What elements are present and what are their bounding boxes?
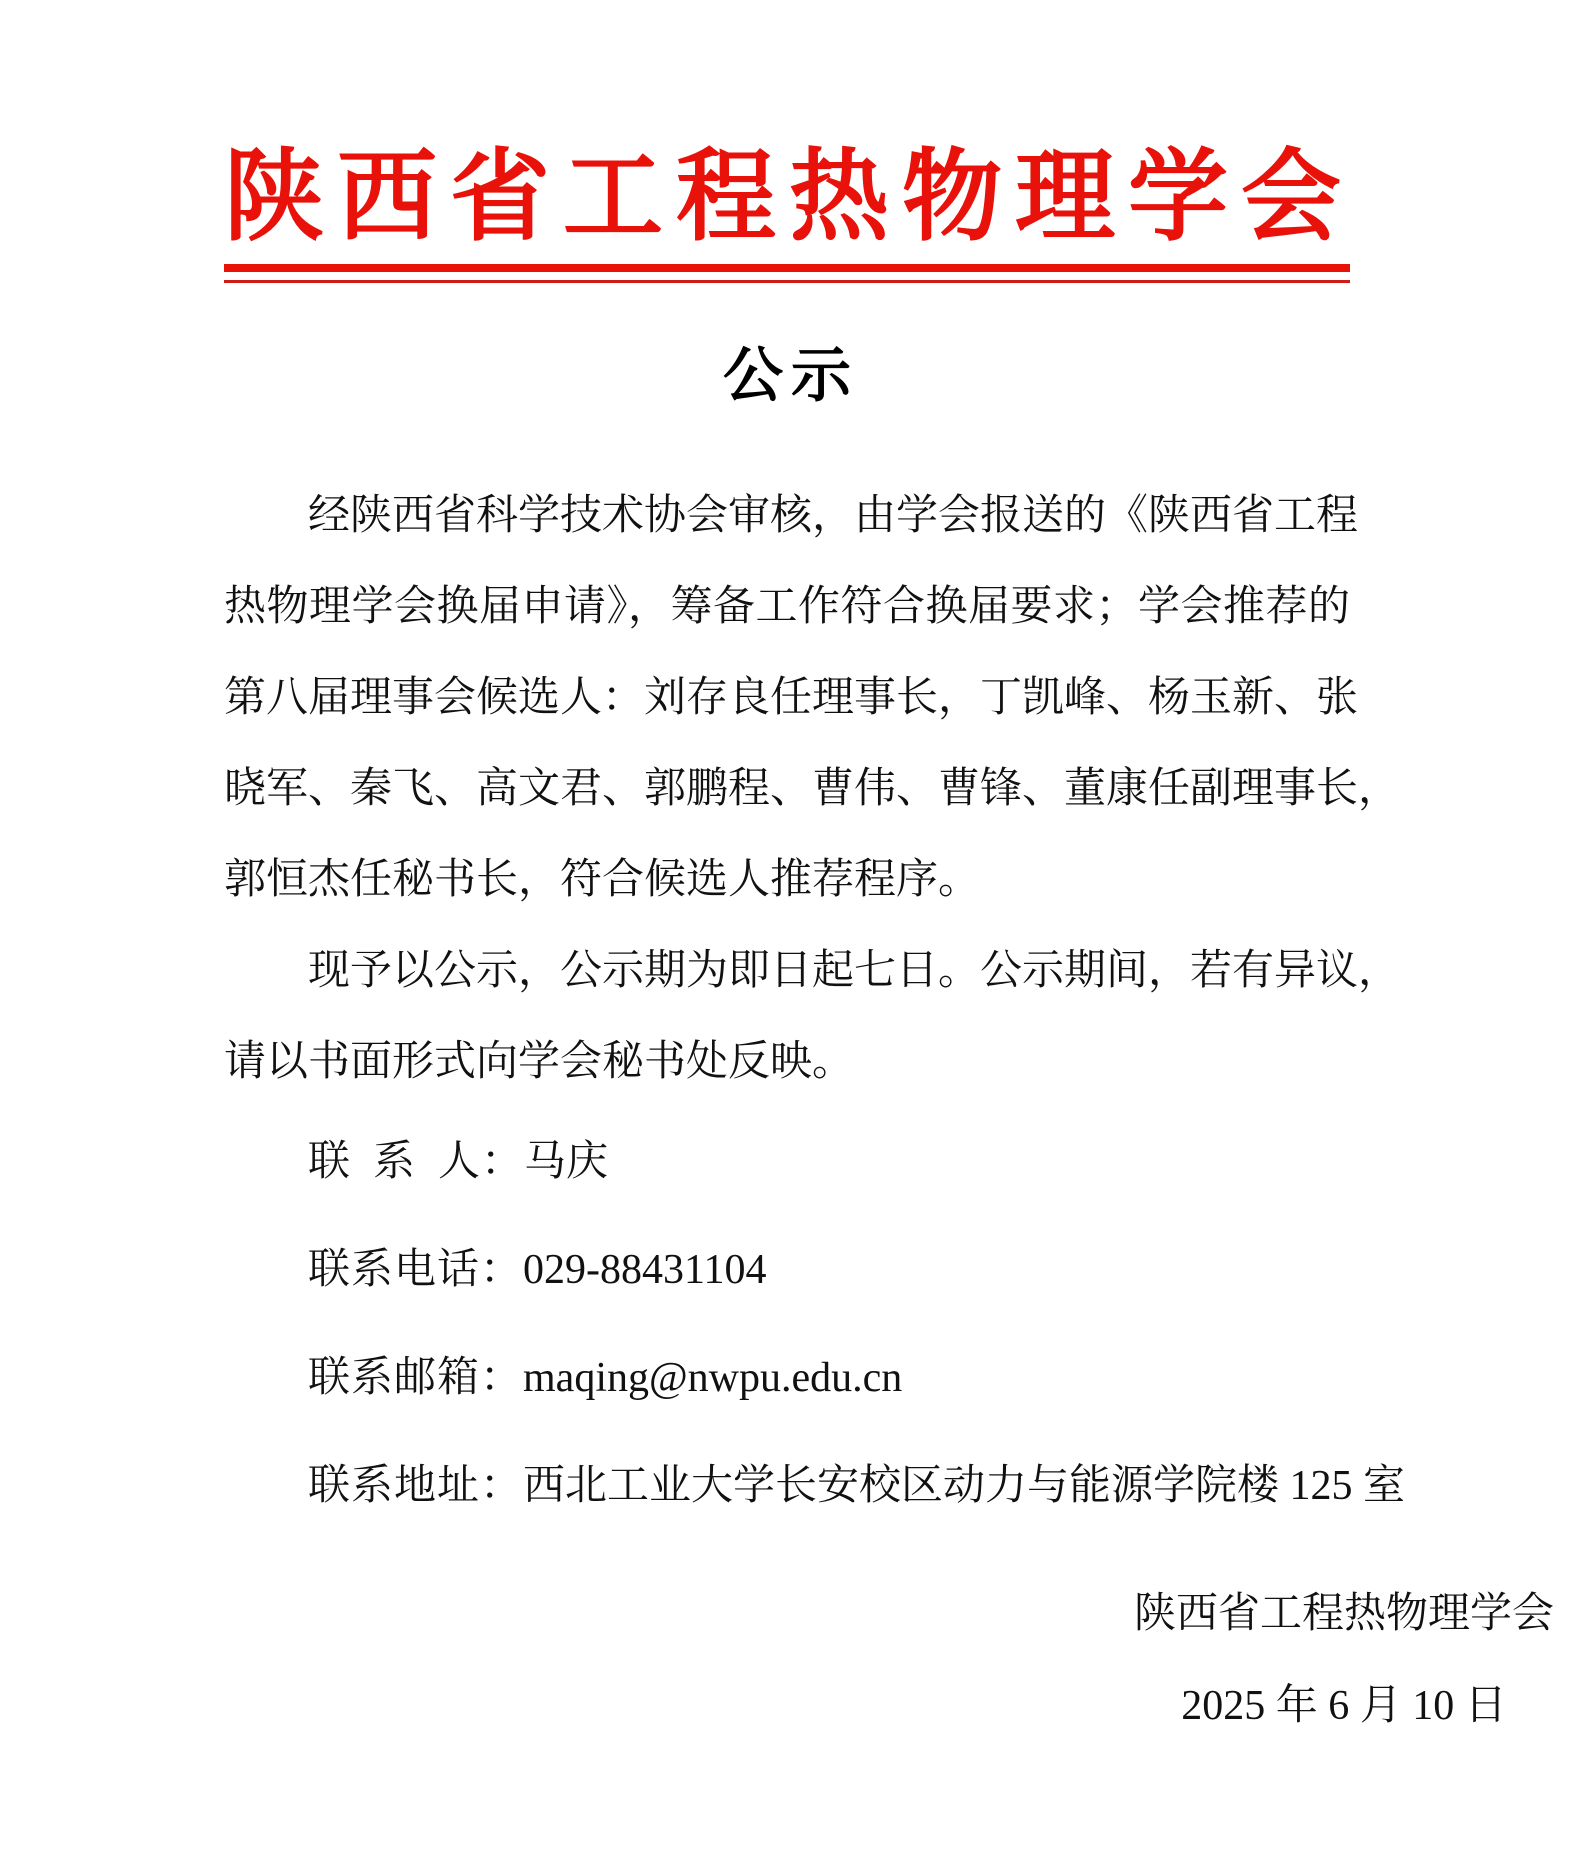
- contact-value: maqing@nwpu.edu.cn: [523, 1355, 902, 1401]
- letterhead-org-name: 陕西省工程热物理学会: [224, 146, 1350, 250]
- body-line: 第八届理事会候选人：刘存良任理事长，丁凯峰、杨玉新、张: [224, 653, 1350, 744]
- body-line: 请以书面形式向学会秘书处反映。: [224, 1017, 1350, 1108]
- letterhead: 陕西省工程热物理学会: [224, 146, 1350, 283]
- body-line: 郭恒杰任秘书长，符合候选人推荐程序。: [224, 835, 1350, 926]
- contact-label: 联 系 人：: [308, 1139, 524, 1185]
- body-line: 经陕西省科学技术协会审核，由学会报送的《陕西省工程: [224, 471, 1350, 562]
- contact-label: 联系电话：: [308, 1247, 523, 1293]
- body-paragraph-1: 经陕西省科学技术协会审核，由学会报送的《陕西省工程 热物理学会换届申请》，筹备工…: [224, 471, 1350, 926]
- body-line: 现予以公示，公示期为即日起七日。公示期间，若有异议，: [224, 926, 1350, 1017]
- contact-row-person: 联 系 人：马庆: [224, 1108, 1350, 1216]
- signature-org: 陕西省工程热物理学会: [1114, 1586, 1574, 1642]
- contact-label: 联系邮箱：: [308, 1355, 523, 1401]
- document-body: 经陕西省科学技术协会审核，由学会报送的《陕西省工程 热物理学会换届申请》，筹备工…: [224, 471, 1350, 1734]
- document-page: 陕西省工程热物理学会 公示 经陕西省科学技术协会审核，由学会报送的《陕西省工程 …: [0, 0, 1586, 1867]
- announcement-heading: 公示: [224, 339, 1350, 413]
- contact-value: 029-88431104: [523, 1247, 766, 1293]
- body-line: 晓军、秦飞、高文君、郭鹏程、曹伟、曹锋、董康任副理事长，: [224, 744, 1350, 835]
- body-line: 热物理学会换届申请》，筹备工作符合换届要求；学会推荐的: [224, 562, 1350, 653]
- contact-label: 联系地址：: [308, 1463, 523, 1509]
- signature-block: 陕西省工程热物理学会 2025 年 6 月 10 日: [1114, 1586, 1574, 1734]
- signature-date: 2025 年 6 月 10 日: [1114, 1678, 1574, 1734]
- contact-row-email: 联系邮箱：maqing@nwpu.edu.cn: [224, 1324, 1350, 1432]
- body-paragraph-2: 现予以公示，公示期为即日起七日。公示期间，若有异议， 请以书面形式向学会秘书处反…: [224, 926, 1350, 1108]
- contacts-section: 联 系 人：马庆 联系电话：029-88431104 联系邮箱：maqing@n…: [224, 1108, 1350, 1540]
- content-column: 陕西省工程热物理学会 公示 经陕西省科学技术协会审核，由学会报送的《陕西省工程 …: [224, 146, 1350, 1734]
- contact-row-address: 联系地址：西北工业大学长安校区动力与能源学院楼 125 室: [224, 1432, 1350, 1540]
- letterhead-rule-thick: [224, 264, 1350, 272]
- letterhead-rule-thin: [224, 280, 1350, 283]
- contact-value: 马庆: [524, 1139, 608, 1185]
- contact-row-phone: 联系电话：029-88431104: [224, 1216, 1350, 1324]
- contact-value: 西北工业大学长安校区动力与能源学院楼 125 室: [523, 1463, 1405, 1509]
